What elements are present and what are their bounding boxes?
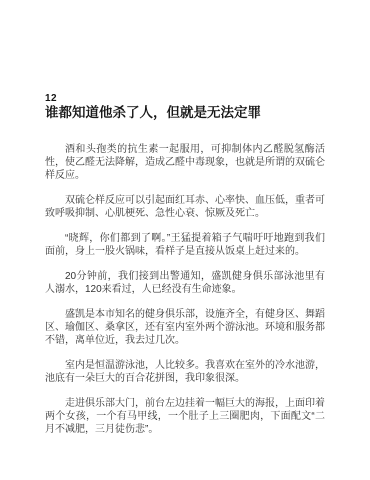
chapter-header: 12 谁都知道他杀了人，但就是无法定罪 [45,93,325,121]
paragraph: “晓辉，你们都到了啊。”王猛提着箱子气喘吁吁地跑到我们面前，身上一股火锅味，看样… [45,232,325,258]
book-page: 12 谁都知道他杀了人，但就是无法定罪 酒和头孢类的抗生素一起服用，可抑制体内乙… [0,0,370,480]
chapter-number: 12 [45,93,325,105]
paragraph: 盛凯是本市知名的健身俱乐部，设施齐全，有健身区、舞蹈区、瑜伽区、桑拿区，还有室内… [45,308,325,347]
paragraph: 酒和头孢类的抗生素一起服用，可抑制体内乙醛脱氢酶活性，使乙醛无法降解，造成乙醛中… [45,143,325,182]
chapter-body: 酒和头孢类的抗生素一起服用，可抑制体内乙醛脱氢酶活性，使乙醛无法降解，造成乙醛中… [45,143,325,436]
paragraph: 20分钟前，我们接到出警通知，盛凯健身俱乐部泳池里有人溺水，120来看过，人已经… [45,270,325,296]
chapter-title: 谁都知道他杀了人，但就是无法定罪 [45,105,325,121]
paragraph: 室内是恒温游泳池，人比较多。我喜欢在室外的冷水池游，池底有一朵巨大的百合花拼图，… [45,359,325,385]
paragraph: 走进俱乐部大门，前台左边挂着一幅巨大的海报，上面印着两个女孩，一个有马甲线，一个… [45,397,325,436]
paragraph: 双硫仑样反应可以引起面红耳赤、心率快、血压低，重者可致呼吸抑制、心肌梗死、急性心… [45,194,325,220]
